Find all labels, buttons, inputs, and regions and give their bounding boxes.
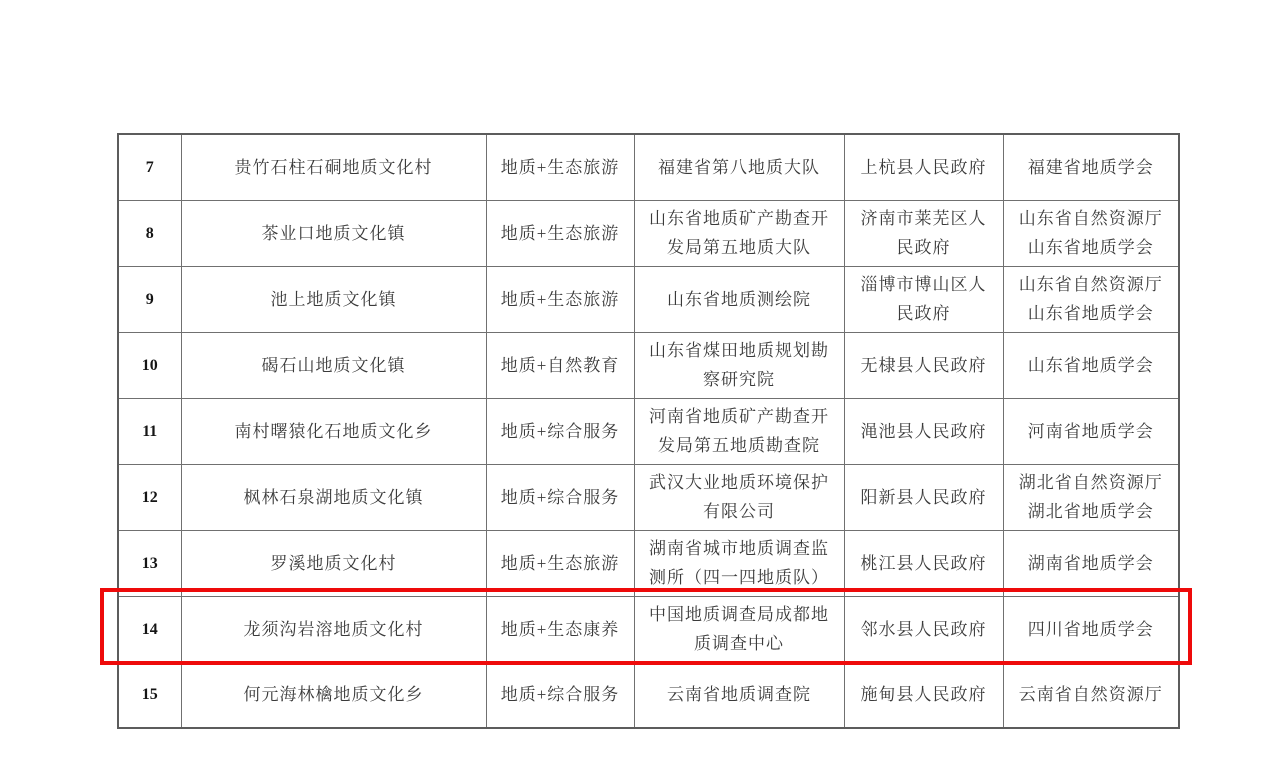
recommending-unit-cell: 四川省地质学会 — [1003, 596, 1179, 662]
recommending-unit-cell: 湖南省地质学会 — [1003, 530, 1179, 596]
model-type-cell: 地质+生态康养 — [486, 596, 634, 662]
local-government-cell: 渑池县人民政府 — [844, 398, 1003, 464]
local-government-cell: 无棣县人民政府 — [844, 332, 1003, 398]
table-row: 12枫林石泉湖地质文化镇地质+综合服务武汉大业地质环境保护有限公司阳新县人民政府… — [118, 464, 1179, 530]
village-name-cell: 贵竹石柱石硐地质文化村 — [181, 134, 486, 200]
village-name-cell: 何元海林檎地质文化乡 — [181, 662, 486, 728]
village-name-cell: 枫林石泉湖地质文化镇 — [181, 464, 486, 530]
model-type-cell: 地质+自然教育 — [486, 332, 634, 398]
recommending-unit-cell: 山东省自然资源厅 山东省地质学会 — [1003, 200, 1179, 266]
table-row: 7贵竹石柱石硐地质文化村地质+生态旅游福建省第八地质大队上杭县人民政府福建省地质… — [118, 134, 1179, 200]
table-row: 13罗溪地质文化村地质+生态旅游湖南省城市地质调查监测所（四一四地质队）桃江县人… — [118, 530, 1179, 596]
recommending-unit-cell: 湖北省自然资源厅 湖北省地质学会 — [1003, 464, 1179, 530]
table-row: 8茶业口地质文化镇地质+生态旅游山东省地质矿产勘查开发局第五地质大队济南市莱芜区… — [118, 200, 1179, 266]
serial-number-cell: 7 — [118, 134, 181, 200]
model-type-cell: 地质+综合服务 — [486, 464, 634, 530]
geo-culture-village-table-wrap: 7贵竹石柱石硐地质文化村地质+生态旅游福建省第八地质大队上杭县人民政府福建省地质… — [117, 133, 1180, 729]
document-page: { "highlight": { "color": "#ee0a0a", "hi… — [0, 0, 1269, 773]
village-name-cell: 龙须沟岩溶地质文化村 — [181, 596, 486, 662]
recommending-unit-cell: 福建省地质学会 — [1003, 134, 1179, 200]
table-row: 11南村曙猿化石地质文化乡地质+综合服务河南省地质矿产勘查开发局第五地质勘查院渑… — [118, 398, 1179, 464]
geo-culture-village-table: 7贵竹石柱石硐地质文化村地质+生态旅游福建省第八地质大队上杭县人民政府福建省地质… — [117, 133, 1180, 729]
local-government-cell: 施甸县人民政府 — [844, 662, 1003, 728]
serial-number-cell: 9 — [118, 266, 181, 332]
serial-number-cell: 10 — [118, 332, 181, 398]
table-row: 10碣石山地质文化镇地质+自然教育山东省煤田地质规划勘察研究院无棣县人民政府山东… — [118, 332, 1179, 398]
model-type-cell: 地质+综合服务 — [486, 662, 634, 728]
local-government-cell: 济南市莱芜区人民政府 — [844, 200, 1003, 266]
applying-unit-cell: 山东省地质矿产勘查开发局第五地质大队 — [634, 200, 844, 266]
table-row-highlighted: 14龙须沟岩溶地质文化村地质+生态康养中国地质调查局成都地质调查中心邻水县人民政… — [118, 596, 1179, 662]
serial-number-cell: 13 — [118, 530, 181, 596]
serial-number-cell: 8 — [118, 200, 181, 266]
village-name-cell: 碣石山地质文化镇 — [181, 332, 486, 398]
applying-unit-cell: 云南省地质调查院 — [634, 662, 844, 728]
recommending-unit-cell: 山东省自然资源厅 山东省地质学会 — [1003, 266, 1179, 332]
recommending-unit-cell: 云南省自然资源厅 — [1003, 662, 1179, 728]
table-row: 9池上地质文化镇地质+生态旅游山东省地质测绘院淄博市博山区人民政府山东省自然资源… — [118, 266, 1179, 332]
applying-unit-cell: 武汉大业地质环境保护有限公司 — [634, 464, 844, 530]
model-type-cell: 地质+生态旅游 — [486, 266, 634, 332]
serial-number-cell: 14 — [118, 596, 181, 662]
applying-unit-cell: 福建省第八地质大队 — [634, 134, 844, 200]
table-row: 15何元海林檎地质文化乡地质+综合服务云南省地质调查院施甸县人民政府云南省自然资… — [118, 662, 1179, 728]
serial-number-cell: 15 — [118, 662, 181, 728]
village-name-cell: 南村曙猿化石地质文化乡 — [181, 398, 486, 464]
applying-unit-cell: 山东省地质测绘院 — [634, 266, 844, 332]
recommending-unit-cell: 山东省地质学会 — [1003, 332, 1179, 398]
local-government-cell: 桃江县人民政府 — [844, 530, 1003, 596]
recommending-unit-cell: 河南省地质学会 — [1003, 398, 1179, 464]
local-government-cell: 阳新县人民政府 — [844, 464, 1003, 530]
applying-unit-cell: 山东省煤田地质规划勘察研究院 — [634, 332, 844, 398]
applying-unit-cell: 湖南省城市地质调查监测所（四一四地质队） — [634, 530, 844, 596]
local-government-cell: 上杭县人民政府 — [844, 134, 1003, 200]
model-type-cell: 地质+生态旅游 — [486, 134, 634, 200]
applying-unit-cell: 中国地质调查局成都地质调查中心 — [634, 596, 844, 662]
model-type-cell: 地质+综合服务 — [486, 398, 634, 464]
local-government-cell: 邻水县人民政府 — [844, 596, 1003, 662]
model-type-cell: 地质+生态旅游 — [486, 530, 634, 596]
village-name-cell: 罗溪地质文化村 — [181, 530, 486, 596]
table-body: 7贵竹石柱石硐地质文化村地质+生态旅游福建省第八地质大队上杭县人民政府福建省地质… — [118, 134, 1179, 728]
model-type-cell: 地质+生态旅游 — [486, 200, 634, 266]
serial-number-cell: 11 — [118, 398, 181, 464]
serial-number-cell: 12 — [118, 464, 181, 530]
village-name-cell: 茶业口地质文化镇 — [181, 200, 486, 266]
local-government-cell: 淄博市博山区人民政府 — [844, 266, 1003, 332]
village-name-cell: 池上地质文化镇 — [181, 266, 486, 332]
applying-unit-cell: 河南省地质矿产勘查开发局第五地质勘查院 — [634, 398, 844, 464]
